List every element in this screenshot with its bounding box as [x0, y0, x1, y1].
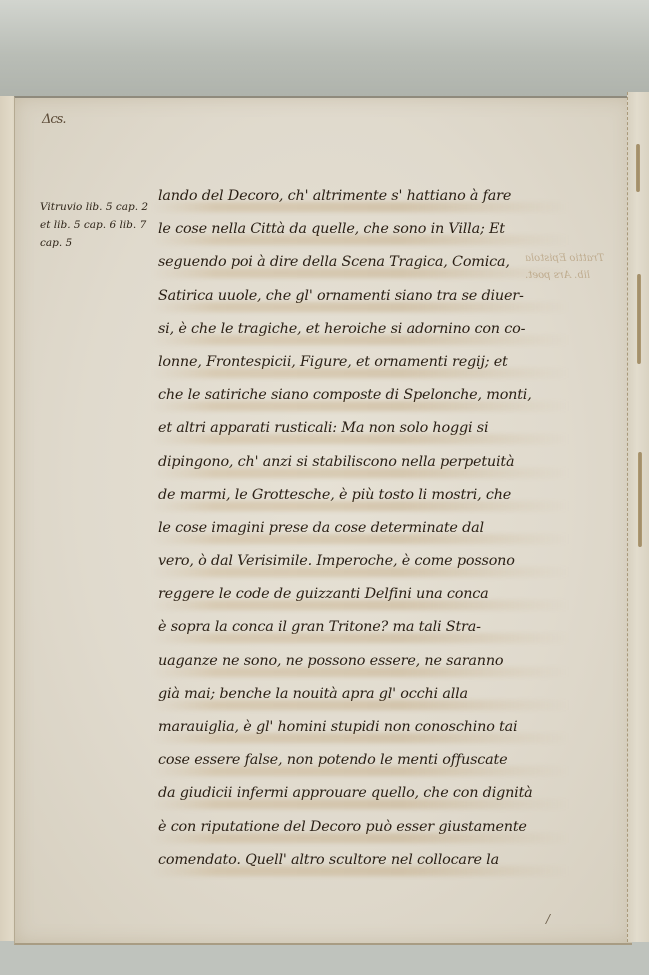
- gutter-stain: [638, 452, 642, 547]
- text-line: che le satiriche siano composte di Spelo…: [158, 379, 558, 412]
- text-line: è sopra la conca il gran Tritone? ma tal…: [158, 611, 558, 644]
- text-line: è con riputatione del Decoro può esser g…: [158, 811, 558, 844]
- text-line: lando del Decoro, ch' altrimente s' hatt…: [158, 180, 558, 213]
- binding-gutter: [627, 92, 649, 942]
- corner-mark: /: [546, 912, 550, 926]
- text-line: dipingono, ch' anzi si stabiliscono nell…: [158, 446, 558, 479]
- text-line: uaganze ne sono, ne possono essere, ne s…: [158, 645, 558, 678]
- margin-note-line: cap. 5: [40, 234, 152, 252]
- gutter-stain: [637, 274, 641, 364]
- margin-note-line: et lib. 5 cap. 6 lib. 7: [40, 216, 152, 234]
- text-line: cose essere false, non potendo le menti …: [158, 744, 558, 777]
- text-line: lonne, Frontespicii, Figure, et ornament…: [158, 346, 558, 379]
- text-line: Satirica uuole, che gl' ornamenti siano …: [158, 280, 558, 313]
- text-line: marauiglia, è gl' homini stupidi non con…: [158, 711, 558, 744]
- scan-backdrop-bottom: [0, 940, 649, 975]
- scan-backdrop-top: [0, 0, 649, 100]
- text-line: comendato. Quell' altro scultore nel col…: [158, 844, 558, 877]
- manuscript-body-text: lando del Decoro, ch' altrimente s' hatt…: [158, 180, 558, 877]
- margin-note: Vitruvio lib. 5 cap. 2 et lib. 5 cap. 6 …: [40, 198, 152, 252]
- text-line: le cose imagini prese da cose determinat…: [158, 512, 558, 545]
- text-line: da giudicii infermi approuare quello, ch…: [158, 777, 558, 810]
- text-line: vero, ò dal Verisimile. Imperoche, è com…: [158, 545, 558, 578]
- folio-mark: Δcs.: [42, 112, 65, 127]
- text-line: le cose nella Città da quelle, che sono …: [158, 213, 558, 246]
- margin-note-line: Vitruvio lib. 5 cap. 2: [40, 198, 152, 216]
- text-line: si, è che le tragiche, et heroiche si ad…: [158, 313, 558, 346]
- gutter-stain: [636, 144, 640, 192]
- text-line: de marmi, le Grottesche, è più tosto li …: [158, 479, 558, 512]
- text-line: et altri apparati rusticali: Ma non solo…: [158, 412, 558, 445]
- text-line: già mai; benche la nouità apra gl' occhi…: [158, 678, 558, 711]
- text-line: reggere le code de guizzanti Delfini una…: [158, 578, 558, 611]
- text-line: seguendo poi à dire della Scena Tragica,…: [158, 246, 558, 279]
